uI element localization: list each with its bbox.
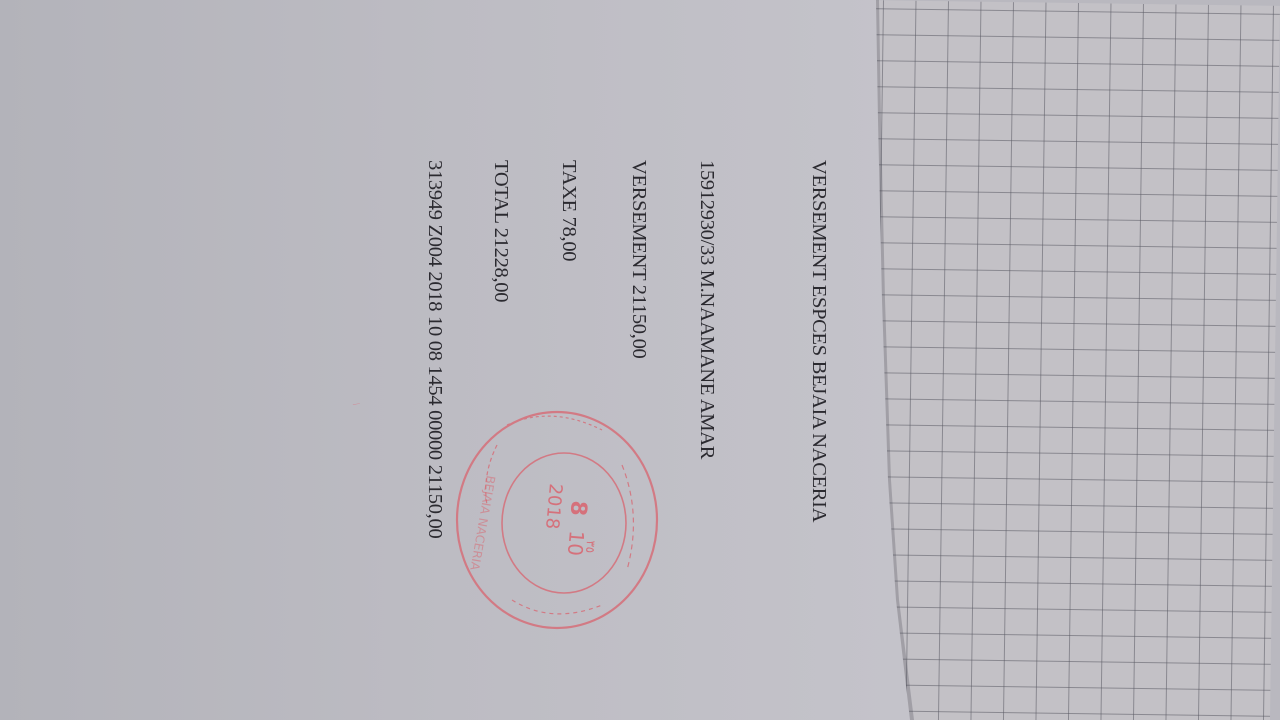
stamp-day: 8 bbox=[565, 499, 591, 516]
transaction-line: 313949 Z004 2018 10 08 1454 00000 21150,… bbox=[423, 160, 446, 538]
tax-line: TAXE 78,00 bbox=[557, 160, 580, 261]
total-line: TOTAL 21228,00 bbox=[489, 160, 512, 302]
deposit-amount-line: VERSEMENT 21150,00 bbox=[627, 160, 650, 358]
stamp-mark: ٣٥ bbox=[583, 540, 598, 554]
stamp-outer-text: BEJAIA NACERIA bbox=[467, 474, 498, 572]
account-line: 15912930/33 M.NAAMANE AMAR bbox=[695, 160, 718, 459]
graph-paper-background bbox=[850, 0, 1280, 720]
date-stamp: 8 2018 10 ٣٥ BEJAIA NACERIA bbox=[452, 405, 662, 635]
photo-scene: VERSEMENT ESPCES BEJAIA NACERIA 15912930… bbox=[0, 0, 1280, 720]
receipt-header-line: VERSEMENT ESPCES BEJAIA NACERIA bbox=[807, 160, 830, 522]
stamp-year: 2018 bbox=[541, 483, 566, 530]
stamp-icon: 8 2018 10 ٣٥ BEJAIA NACERIA bbox=[452, 405, 662, 635]
